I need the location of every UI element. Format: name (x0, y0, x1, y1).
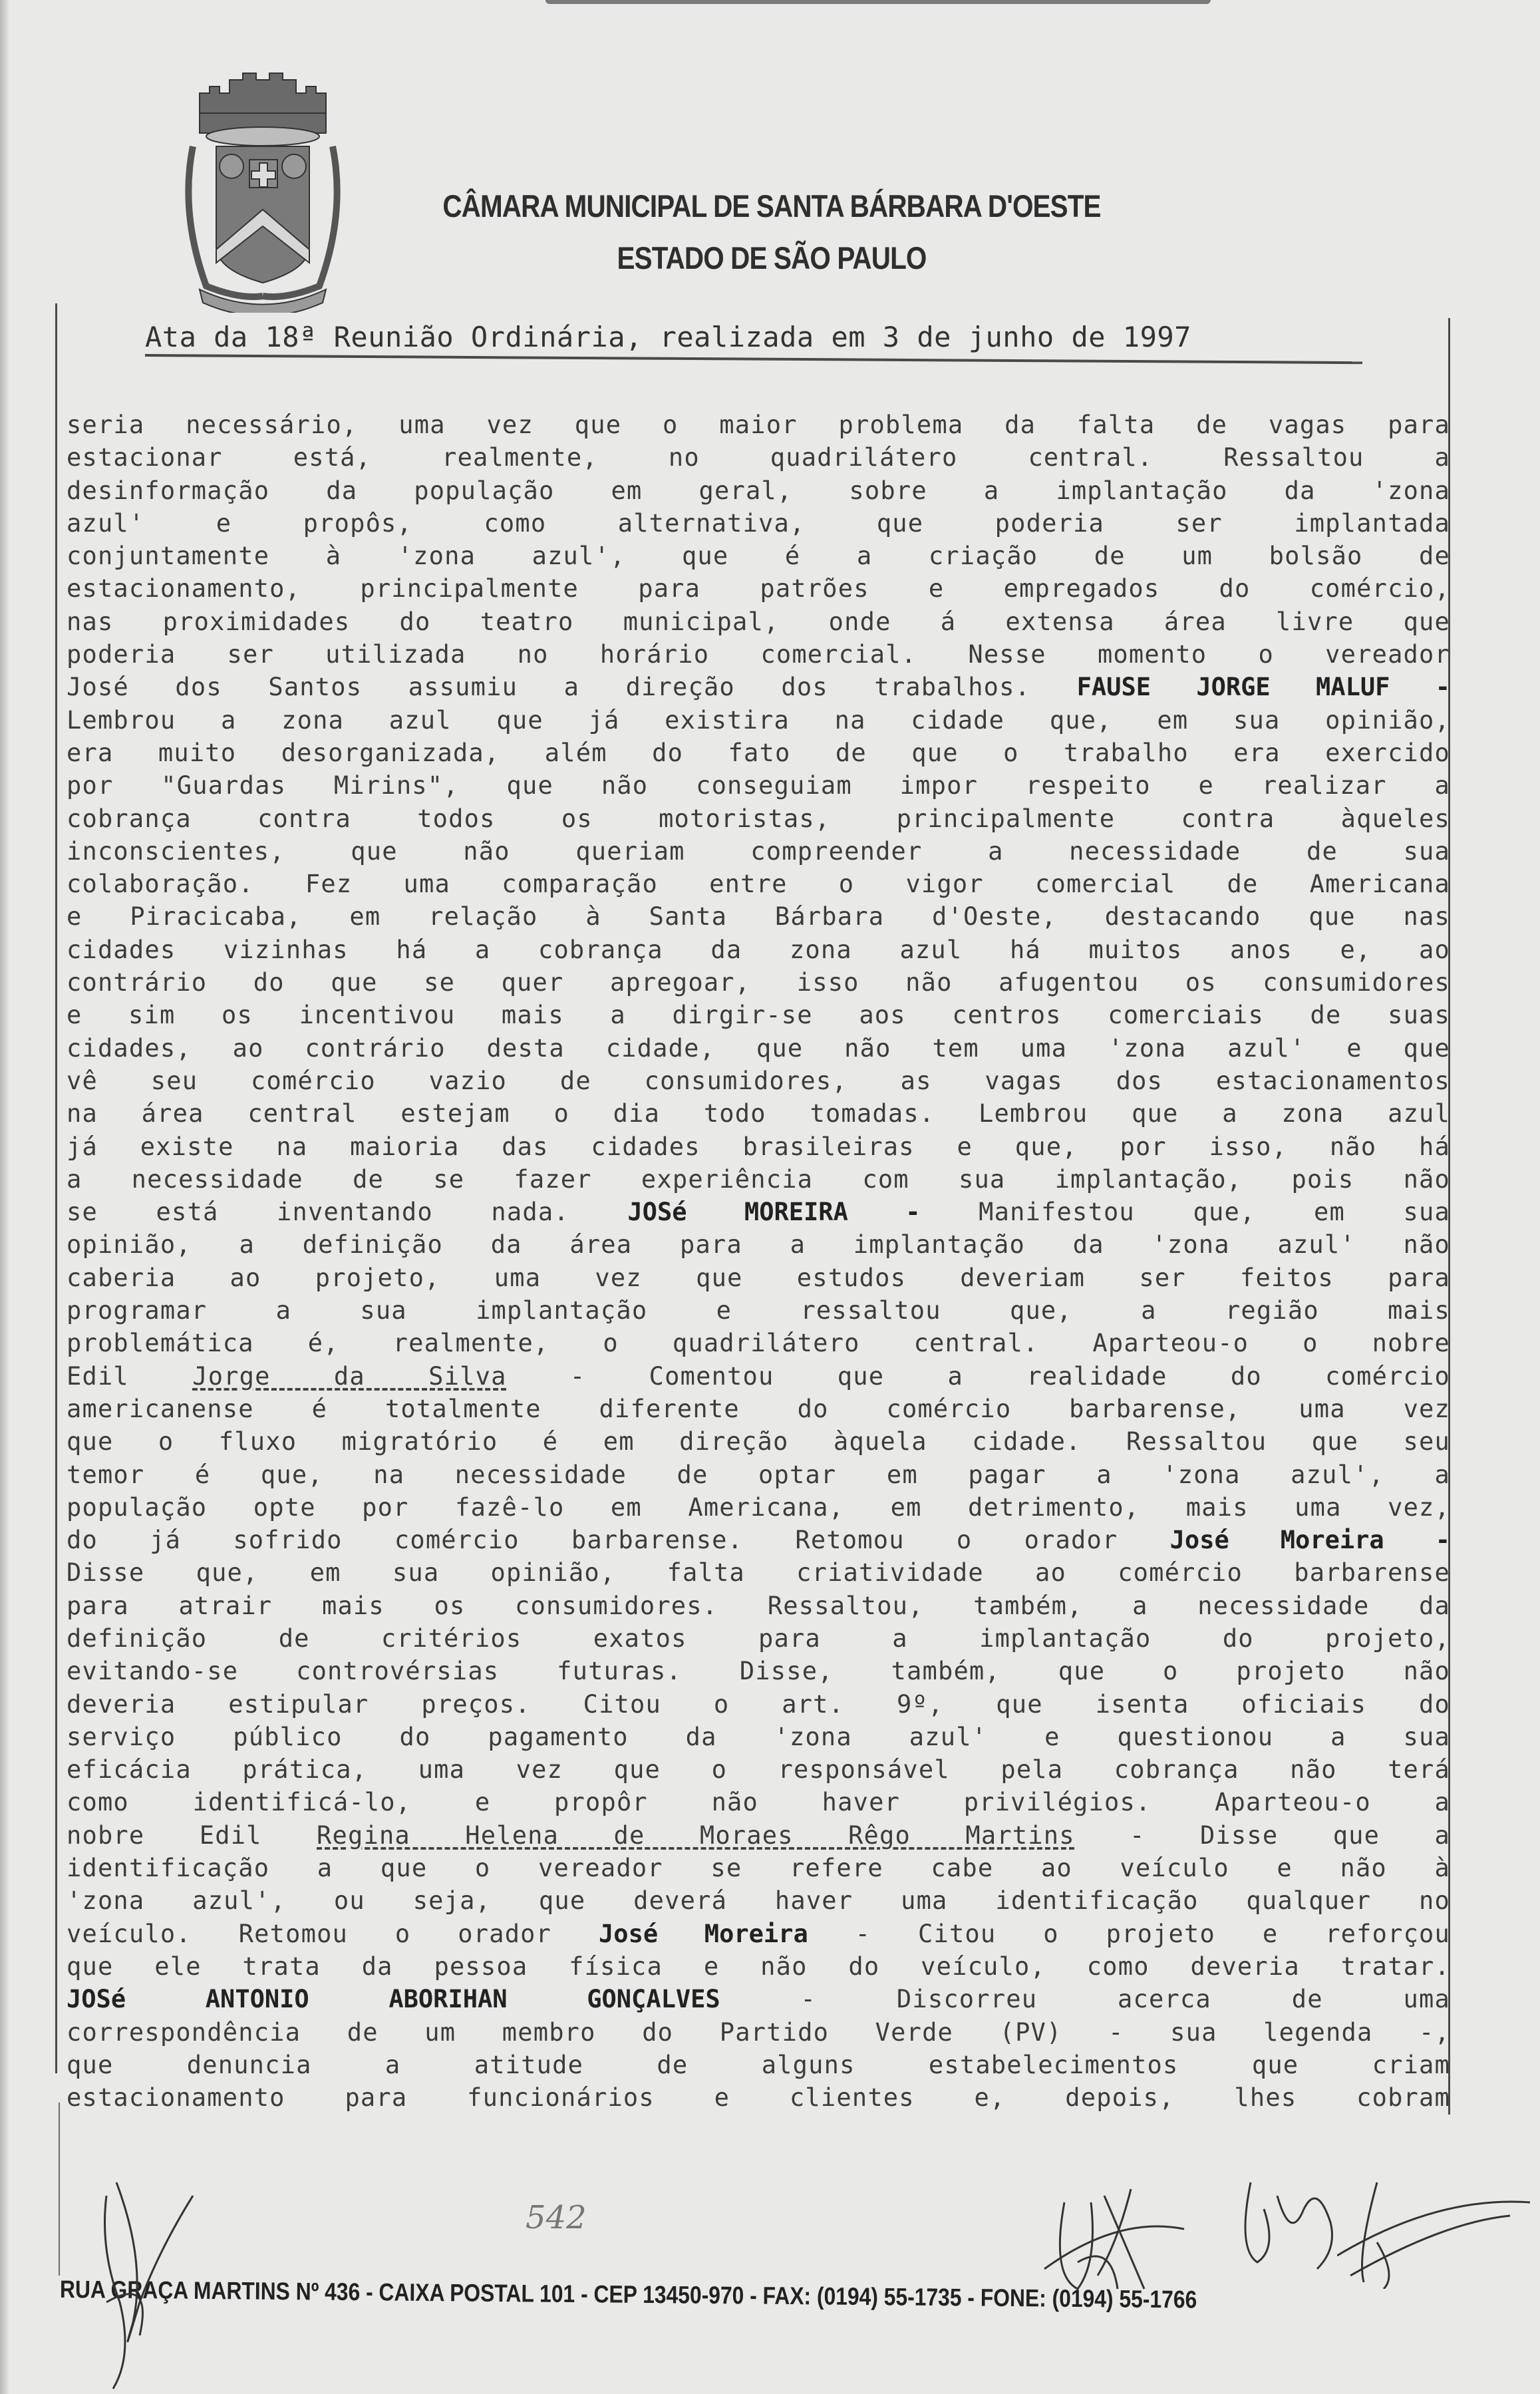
text-line: conjuntamente à 'zona azul', que é a cri… (67, 540, 1450, 572)
text-segment: identificação a que o vereador se refere… (67, 1854, 1450, 1882)
text-line: estacionamento para funcionários e clien… (67, 2081, 1450, 2114)
scan-shadow (0, 0, 9, 2394)
text-segment: serviço público do pagamento da 'zona az… (67, 1723, 1450, 1751)
text-segment: como identificá-lo, e propôr não haver p… (67, 1788, 1450, 1816)
text-segment: população opte por fazê-lo em Americana,… (67, 1493, 1450, 1522)
text-line: cobrança contra todos os motoristas, pri… (67, 802, 1450, 835)
text-segment: por "Guardas Mirins", que não conseguiam… (67, 771, 1450, 800)
text-line: azul' e propôs, como alternativa, que po… (67, 507, 1450, 540)
text-line: definição de critérios exatos para a imp… (67, 1622, 1450, 1655)
text-segment: Disse que, em sua opinião, falta criativ… (67, 1558, 1450, 1587)
text-line: estacionamento, principalmente para patr… (67, 572, 1450, 605)
text-line: na área central estejam o dia todo tomad… (67, 1097, 1450, 1130)
text-line: nas proximidades do teatro municipal, on… (67, 605, 1450, 638)
text-segment: 'zona azul', ou seja, que deverá haver u… (67, 1886, 1450, 1915)
text-segment: problemática é, realmente, o quadriláter… (67, 1329, 1450, 1357)
text-line: a necessidade de se fazer experiência co… (67, 1163, 1450, 1196)
text-line: cidades vizinhas há a cobrança da zona a… (67, 934, 1450, 966)
text-line: nobre Edil Regina Helena de Moraes Rêgo … (67, 1819, 1450, 1852)
signature-right-3-icon (1337, 2176, 1537, 2289)
underlined-name: Jorge da Silva (192, 1362, 506, 1391)
text-segment: correspondência de um membro do Partido … (67, 2018, 1450, 2047)
text-segment: inconscientes, que não queriam compreend… (67, 837, 1450, 866)
text-segment: estacionar está, realmente, no quadrilát… (67, 443, 1450, 472)
text-line: se está inventando nada. JOSé MOREIRA - … (67, 1196, 1450, 1228)
text-line: veículo. Retomou o orador José Moreira -… (67, 1918, 1450, 1950)
text-line: que o fluxo migratório é em direção àque… (67, 1425, 1450, 1458)
text-line: seria necessário, uma vez que o maior pr… (67, 409, 1450, 441)
text-line: contrário do que se quer apregoar, isso … (67, 966, 1450, 999)
signature-left-icon (93, 2169, 226, 2394)
text-line: problemática é, realmente, o quadriláter… (67, 1327, 1450, 1359)
text-line: caberia ao projeto, uma vez que estudos … (67, 1262, 1450, 1294)
text-segment: Manifestou que, em sua (921, 1198, 1450, 1226)
title-underline (145, 354, 1362, 364)
text-line: Edil Jorge da Silva - Comentou que a rea… (67, 1360, 1450, 1393)
text-line: 'zona azul', ou seja, que deverá haver u… (67, 1884, 1450, 1917)
text-segment: cidades vizinhas há a cobrança da zona a… (67, 936, 1450, 964)
text-segment: caberia ao projeto, uma vez que estudos … (67, 1264, 1450, 1292)
text-segment: Edil (67, 1362, 192, 1391)
text-line: estacionar está, realmente, no quadrilát… (67, 441, 1450, 474)
text-line: correspondência de um membro do Partido … (67, 2016, 1450, 2049)
text-segment: e Piracicaba, em relação à Santa Bárbara… (67, 902, 1450, 931)
text-line: que denuncia a atitude de alguns estabel… (67, 2049, 1450, 2081)
signature-right-2-icon (1231, 2169, 1350, 2276)
text-line: serviço público do pagamento da 'zona az… (67, 1721, 1450, 1753)
text-segment: conjuntamente à 'zona azul', que é a cri… (67, 542, 1450, 570)
scan-edge (545, 0, 1211, 4)
page-frame-left-lower (59, 2103, 60, 2276)
text-line: Lembrou a zona azul que já existira na c… (67, 704, 1450, 737)
text-segment: temor é que, na necessidade de optar em … (67, 1460, 1450, 1489)
text-segment: se está inventando nada. (67, 1198, 627, 1226)
text-line: população opte por fazê-lo em Americana,… (67, 1491, 1450, 1524)
text-segment: veículo. Retomou o orador (67, 1920, 599, 1948)
speaker-name: JOSé MOREIRA - (627, 1198, 920, 1226)
signature-right-1-icon (1038, 2176, 1191, 2302)
handwritten-page-number: 542 (526, 2199, 587, 2236)
text-line: identificação a que o vereador se refere… (67, 1852, 1450, 1884)
text-segment: do já sofrido comércio barbarense. Retom… (67, 1526, 1170, 1554)
text-segment: azul' e propôs, como alternativa, que po… (67, 509, 1450, 538)
text-segment: que ele trata da pessoa física e não do … (67, 1952, 1450, 1981)
text-line: programar a sua implantação e ressaltou … (67, 1294, 1450, 1327)
text-segment: que o fluxo migratório é em direção àque… (67, 1427, 1450, 1456)
text-line: deveria estipular preços. Citou o art. 9… (67, 1688, 1450, 1721)
text-segment: já existe na maioria das cidades brasile… (67, 1132, 1450, 1161)
text-line: como identificá-lo, e propôr não haver p… (67, 1786, 1450, 1818)
text-line: do já sofrido comércio barbarense. Retom… (67, 1524, 1450, 1556)
text-segment: José dos Santos assumiu a direção dos tr… (67, 673, 1077, 701)
text-segment: colaboração. Fez uma comparação entre o … (67, 870, 1450, 898)
text-line: poderia ser utilizada no horário comerci… (67, 638, 1450, 671)
text-segment: nas proximidades do teatro municipal, on… (67, 607, 1450, 636)
text-line: era muito desorganizada, além do fato de… (67, 737, 1450, 769)
text-line: vê seu comércio vazio de consumidores, a… (67, 1065, 1450, 1097)
text-segment: cobrança contra todos os motoristas, pri… (67, 804, 1450, 833)
text-line: e Piracicaba, em relação à Santa Bárbara… (67, 900, 1450, 933)
text-line: que ele trata da pessoa física e não do … (67, 1950, 1450, 1983)
text-line: cidades, ao contrário desta cidade, que … (67, 1032, 1450, 1065)
text-segment: desinformação da população em geral, sob… (67, 476, 1450, 505)
text-segment: eficácia prática, uma vez que o responsá… (67, 1755, 1450, 1784)
text-line: para atrair mais os consumidores. Ressal… (67, 1590, 1450, 1622)
text-line: inconscientes, que não queriam compreend… (67, 835, 1450, 868)
text-line: evitando-se controvérsias futuras. Disse… (67, 1655, 1450, 1687)
text-line: JOSé ANTONIO ABORIHAN GONÇALVES - Discor… (67, 1983, 1450, 2015)
text-segment: poderia ser utilizada no horário comerci… (67, 640, 1450, 669)
text-line: Disse que, em sua opinião, falta criativ… (67, 1556, 1450, 1589)
text-segment: deveria estipular preços. Citou o art. 9… (67, 1690, 1450, 1719)
text-line: temor é que, na necessidade de optar em … (67, 1458, 1450, 1491)
text-segment: definição de critérios exatos para a imp… (67, 1624, 1450, 1653)
speaker-name: José Moreira (599, 1920, 808, 1948)
text-segment: cidades, ao contrário desta cidade, que … (67, 1034, 1450, 1063)
text-segment: opinião, a definição da área para a impl… (67, 1230, 1450, 1259)
text-segment: - Citou o projeto e reforçou (808, 1920, 1450, 1948)
text-segment: para atrair mais os consumidores. Ressal… (67, 1592, 1450, 1620)
text-segment: seria necessário, uma vez que o maior pr… (67, 411, 1450, 439)
text-segment: estacionamento para funcionários e clien… (67, 2083, 1450, 2112)
text-segment: vê seu comércio vazio de consumidores, a… (67, 1067, 1450, 1095)
organization-name: CÂMARA MUNICIPAL DE SANTA BÁRBARA D'OEST… (279, 188, 1263, 224)
text-line: opinião, a definição da área para a impl… (67, 1228, 1450, 1261)
text-segment: americanense é totalmente diferente do c… (67, 1395, 1450, 1423)
text-segment: nobre Edil (67, 1821, 317, 1850)
text-line: desinformação da população em geral, sob… (67, 474, 1450, 507)
text-segment: - Disse que a (1075, 1821, 1450, 1850)
organization-state: ESTADO DE SÃO PAULO (279, 240, 1263, 276)
text-line: já existe na maioria das cidades brasile… (67, 1130, 1450, 1163)
text-segment: era muito desorganizada, além do fato de… (67, 739, 1450, 767)
minutes-body: seria necessário, uma vez que o maior pr… (67, 409, 1450, 2114)
speaker-name: José Moreira - (1170, 1526, 1450, 1554)
text-segment: evitando-se controvérsias futuras. Disse… (67, 1657, 1450, 1685)
text-segment: e sim os incentivou mais a dirgir-se aos… (67, 1001, 1450, 1029)
speaker-name: JOSé ANTONIO ABORIHAN GONÇALVES (67, 1985, 720, 2013)
text-line: eficácia prática, uma vez que o responsá… (67, 1753, 1450, 1786)
page-frame-left (55, 303, 57, 2073)
text-line: colaboração. Fez uma comparação entre o … (67, 868, 1450, 900)
text-segment: - Comentou que a realidade do comércio (507, 1362, 1450, 1391)
text-segment: programar a sua implantação e ressaltou … (67, 1296, 1450, 1325)
text-line: e sim os incentivou mais a dirgir-se aos… (67, 999, 1450, 1031)
text-line: americanense é totalmente diferente do c… (67, 1393, 1450, 1425)
document-title: Ata da 18ª Reunião Ordinária, realizada … (145, 321, 1382, 353)
text-segment: a necessidade de se fazer experiência co… (67, 1165, 1450, 1194)
text-line: por "Guardas Mirins", que não conseguiam… (67, 769, 1450, 802)
text-line: José dos Santos assumiu a direção dos tr… (67, 671, 1450, 703)
text-segment: estacionamento, principalmente para patr… (67, 574, 1450, 603)
text-segment: que denuncia a atitude de alguns estabel… (67, 2051, 1450, 2079)
text-segment: Lembrou a zona azul que já existira na c… (67, 706, 1450, 735)
text-segment: na área central estejam o dia todo tomad… (67, 1099, 1450, 1128)
speaker-name: FAUSE JORGE MALUF - (1077, 673, 1450, 701)
text-segment: - Discorreu acerca de uma (720, 1985, 1450, 2013)
underlined-name: Regina Helena de Moraes Rêgo Martins (317, 1821, 1075, 1850)
text-segment: contrário do que se quer apregoar, isso … (67, 968, 1450, 997)
